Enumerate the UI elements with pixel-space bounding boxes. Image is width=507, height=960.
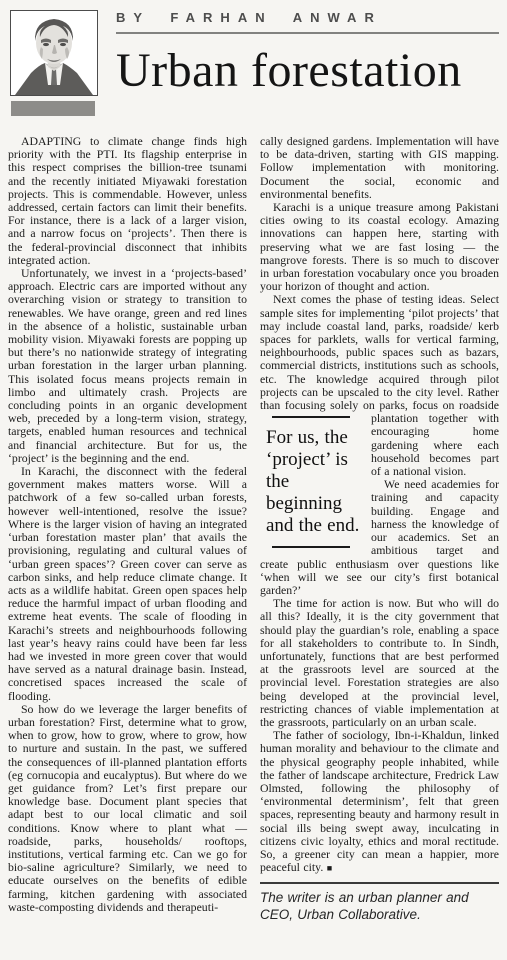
author-portrait-image — [11, 11, 97, 95]
author-portrait — [10, 10, 98, 96]
paragraph-in-karachi: In Karachi, the disconnect with the fede… — [8, 465, 247, 703]
writer-credit: The writer is an urban planner and CEO, … — [260, 890, 499, 923]
author-portrait-block — [10, 10, 102, 116]
right-column: cally designed gardens. Implementation w… — [260, 135, 499, 923]
credit-rule — [260, 882, 499, 884]
pull-quote: For us, the ‘project’ is the beginning a… — [261, 416, 361, 548]
paragraph-ibn-khaldun: The father of sociology, Ibn-i-Khaldun, … — [260, 729, 499, 875]
newspaper-page: BY FARHAN ANWAR Urban forestation ADAPTI… — [0, 0, 507, 960]
paragraph-adapting: ADAPTING to climate change finds high pr… — [8, 135, 247, 267]
paragraph-ibn-khaldun-text: The father of sociology, Ibn-i-Khaldun, … — [260, 728, 499, 874]
paragraph-continuation: cally designed gardens. Implementation w… — [260, 135, 499, 201]
pull-quote-rule-bottom — [272, 546, 350, 548]
end-of-article-marker: ■ — [327, 863, 332, 873]
paragraph-testing-ideas-wrap: encouraging home gardening where each ho… — [371, 424, 499, 478]
article-body: ADAPTING to climate change finds high pr… — [8, 135, 499, 923]
paragraph-time-for-action: The time for action is now. But who will… — [260, 597, 499, 729]
paragraph-leverage: So how do we leverage the larger benefit… — [8, 703, 247, 914]
byline-rule — [116, 32, 499, 34]
paragraph-karachi-treasure: Karachi is a unique treasure among Pakis… — [260, 201, 499, 293]
paragraph-testing-ideas-text: Next comes the phase of testing ideas. S… — [260, 292, 499, 425]
paragraph-testing-ideas: Next comes the phase of testing ideas. S… — [260, 293, 499, 478]
left-column: ADAPTING to climate change finds high pr… — [8, 135, 247, 923]
byline: BY FARHAN ANWAR — [116, 10, 499, 25]
article-header: BY FARHAN ANWAR Urban forestation — [8, 8, 499, 130]
headline: Urban forestation — [116, 46, 499, 96]
portrait-caption-bar — [11, 101, 95, 116]
pull-quote-text: For us, the ‘project’ is the beginning a… — [261, 418, 361, 546]
header-right: BY FARHAN ANWAR Urban forestation — [116, 8, 499, 96]
paragraph-unfortunately: Unfortunately, we invest in a ‘projects-… — [8, 267, 247, 465]
